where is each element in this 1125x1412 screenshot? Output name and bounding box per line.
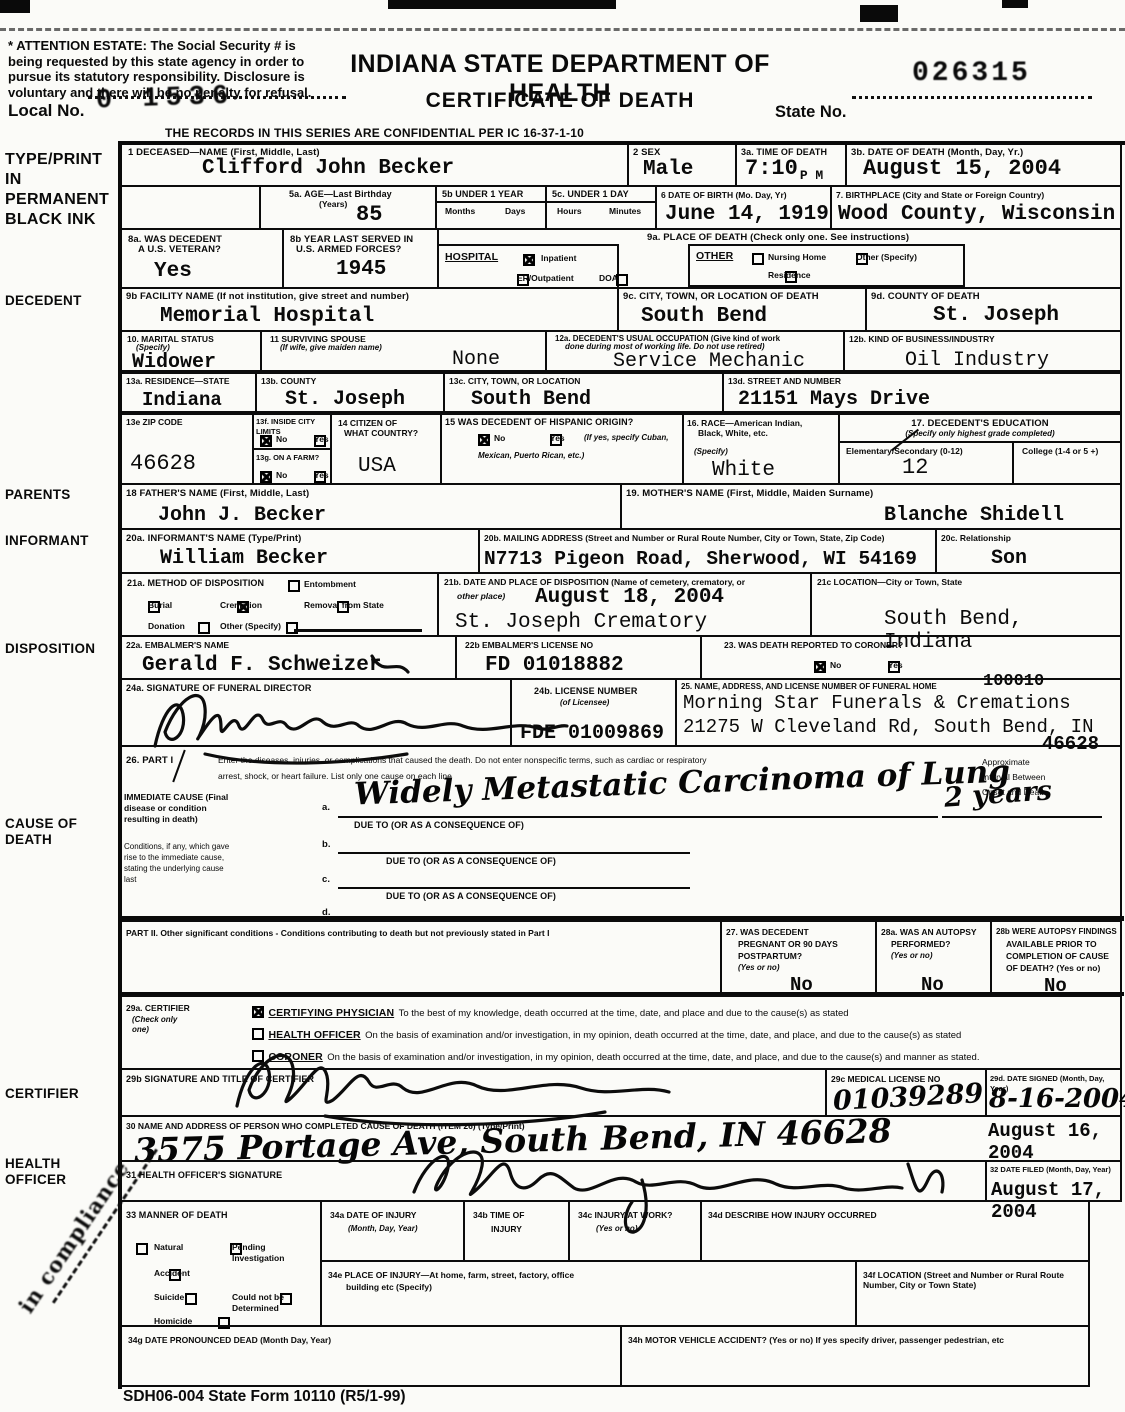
field-21a-label: 21a. METHOD OF DISPOSITION xyxy=(127,578,264,589)
checkbox-nursing-home xyxy=(752,253,764,265)
health-officer-option: HEALTH OFFICER On the basis of examinati… xyxy=(252,1025,961,1043)
field-34e-label1: 34e PLACE OF INJURY—At home, farm, stree… xyxy=(328,1270,574,1280)
field-13g-on-farm: 13g. ON A FARM? No Yes xyxy=(252,448,332,485)
field-9b-value: Memorial Hospital xyxy=(160,305,374,328)
field-9c-value: South Bend xyxy=(641,305,767,328)
inpatient-label: Inpatient xyxy=(541,253,576,263)
field-2-value: Male xyxy=(643,158,693,181)
field-3b-date-of-death: 3b. DATE OF DEATH (Month, Day, Yr.) Augu… xyxy=(845,143,1122,187)
health-officer-signature xyxy=(400,1136,960,1236)
margin-label-informant: INFORMANT xyxy=(5,533,89,549)
field-21a-method-of-disposition: 21a. METHOD OF DISPOSITION Entombment Bu… xyxy=(120,572,439,637)
field-part2-label: PART II. Other significant conditions - … xyxy=(126,928,706,938)
field-14-citizen: 14 CITIZEN OF WHAT COUNTRY? USA xyxy=(330,413,442,485)
removal-label: Removal from State xyxy=(304,600,384,610)
margin-label-health-officer: HEALTH OFFICER xyxy=(5,1156,66,1188)
field-12a-value: Service Mechanic xyxy=(613,350,805,373)
field-1-deceased-name: 1 DECEASED—NAME (First, Middle, Last) Cl… xyxy=(120,143,629,187)
field-8b-label2: U.S. ARMED FORCES? xyxy=(296,244,401,255)
divider xyxy=(840,441,1120,443)
field-8b-year-served: 8b YEAR LAST SERVED IN U.S. ARMED FORCES… xyxy=(282,228,439,289)
field-23-label: 23. WAS DEATH REPORTED TO CORONER? xyxy=(724,640,903,650)
donation-label: Donation xyxy=(148,621,185,631)
checkbox-certifying-physician xyxy=(252,1006,264,1018)
field-28a-label1: 28a. WAS AN AUTOPSY xyxy=(881,927,977,937)
time-ampm: P M xyxy=(800,168,823,183)
certifying-physician-label: CERTIFYING PHYSICIAN xyxy=(268,1007,394,1019)
divider xyxy=(1012,441,1014,483)
field-13g-label: 13g. ON A FARM? xyxy=(256,453,319,463)
field-34f-injury-location: 34f LOCATION (Street and Number or Rural… xyxy=(855,1260,1090,1327)
field-28a-autopsy: 28a. WAS AN AUTOPSY PERFORMED? (Yes or n… xyxy=(875,920,992,997)
health-officer-label: HEALTH OFFICER xyxy=(268,1029,360,1041)
field-27-pregnant: 27. WAS DECEDENT PREGNANT OR 90 DAYS POS… xyxy=(720,920,877,997)
state-number-stamp: 026315 xyxy=(912,58,1031,89)
field-33-manner-of-death: 33 MANNER OF DEATH Natural Pending Inves… xyxy=(120,1200,322,1327)
cause-line-c-letter: c. xyxy=(322,874,330,885)
margin-label-line: IN xyxy=(5,170,109,190)
margin-label-line: TYPE/PRINT xyxy=(5,150,109,170)
time-value: 7:10 xyxy=(745,156,798,181)
field-27-label1: 27. WAS DECEDENT xyxy=(726,927,809,937)
other-label: OTHER xyxy=(696,251,733,262)
checkbox-other-disposition xyxy=(286,622,298,634)
residence-label: Residence xyxy=(768,270,811,280)
field-12b-label: 12b. KIND OF BUSINESS/INDUSTRY xyxy=(849,334,995,344)
field-13e-value: 46628 xyxy=(130,451,196,476)
field-13e-zip: 13e ZIP CODE 46628 xyxy=(120,413,254,485)
field-13f-inside-city: 13f. INSIDE CITY LIMITS No Yes xyxy=(252,413,332,450)
certifying-physician-text: To the best of my knowledge, death occur… xyxy=(399,1008,849,1019)
field-5a-label2: (Years) xyxy=(319,199,347,209)
checkbox-natural xyxy=(136,1243,148,1255)
checkbox-suicide xyxy=(185,1293,197,1305)
field-13b-value: St. Joseph xyxy=(285,388,405,411)
entombment-label: Entombment xyxy=(304,579,356,589)
label-23-no: No xyxy=(830,660,841,670)
field-5c-minutes: Minutes xyxy=(609,206,641,216)
field-9a-other-box: OTHER Nursing Home Other (Specify) Resid… xyxy=(688,244,965,287)
field-34g-date-pronounced-dead: 34g DATE PRONOUNCED DEAD (Month Day, Yea… xyxy=(120,1325,622,1387)
field-21b-label2: other place) xyxy=(457,592,505,601)
field-34h-label: 34h MOTOR VEHICLE ACCIDENT? (Yes or no) … xyxy=(628,1335,1004,1345)
margin-label-line: CAUSE OF xyxy=(5,816,77,832)
scan-artifact xyxy=(860,5,898,22)
field-12a-occupation: 12a. DECEDENT'S USUAL OCCUPATION (Give k… xyxy=(545,330,845,372)
field-18-value: John J. Becker xyxy=(158,504,326,527)
field-28b-label2: AVAILABLE PRIOR TO xyxy=(1006,939,1097,949)
checkbox-entombment xyxy=(288,580,300,592)
field-5c-under-1-day: 5c. UNDER 1 DAY Hours Minutes xyxy=(545,185,657,230)
field-29a-label1: 29a. CERTIFIER xyxy=(126,1003,190,1013)
field-11-label2: (If wife, give maiden name) xyxy=(280,343,382,352)
label-13f-yes: Yes xyxy=(314,434,329,444)
funeral-director-signature xyxy=(145,674,575,766)
field-25-line2: 21275 W Cleveland Rd, South Bend, IN xyxy=(683,716,1093,738)
field-27-label4: (Yes or no) xyxy=(738,963,779,972)
local-no-label: Local No. xyxy=(8,101,85,121)
field-5a-age: 5a. AGE—Last Birthday (Years) 85 xyxy=(259,185,437,230)
empty-cell xyxy=(120,185,261,230)
pending-label1: Pending xyxy=(232,1242,266,1252)
due-to-label-c: DUE TO (OR AS A CONSEQUENCE OF) xyxy=(386,891,556,902)
field-20c-label: 20c. Relationship xyxy=(941,533,1011,543)
form-border-top xyxy=(118,141,1125,145)
field-9c-city-of-death: 9c. CITY, TOWN, OR LOCATION OF DEATH Sou… xyxy=(617,287,867,332)
field-16-race: 16. RACE—American Indian, Black, White, … xyxy=(682,413,840,485)
field-9c-label: 9c. CITY, TOWN, OR LOCATION OF DEATH xyxy=(623,291,819,302)
label-13f-no: No xyxy=(276,434,287,444)
form-border-left xyxy=(118,141,122,1389)
label-13g-no: No xyxy=(276,470,287,480)
field-8b-value: 1945 xyxy=(336,258,386,281)
other-specify-label: Other (Specify) xyxy=(856,252,917,262)
field-21c-label: 21c LOCATION—City or Town, State xyxy=(817,577,962,587)
field-18-father-name: 18 FATHER'S NAME (First, Middle, Last) J… xyxy=(120,483,622,530)
checkbox-donation xyxy=(198,622,210,634)
field-13d-value: 21151 Mays Drive xyxy=(738,388,930,411)
field-8a-value: Yes xyxy=(154,260,192,283)
field-26-conditions4: last xyxy=(124,875,136,885)
interval-a-rule xyxy=(942,816,1102,818)
field-19-label: 19. MOTHER'S NAME (First, Middle, Maiden… xyxy=(626,488,873,499)
field-17-college-label: College (1-4 or 5 +) xyxy=(1022,446,1098,456)
state-no-dotted-line xyxy=(852,96,1092,99)
field-20a-value: William Becker xyxy=(160,547,328,570)
scan-artifact xyxy=(1002,0,1028,8)
cause-line-b-letter: b. xyxy=(322,839,331,850)
field-15-hint2: Mexican, Puerto Rican, etc.) xyxy=(478,451,584,460)
field-5b-days: Days xyxy=(505,206,525,216)
field-11-surviving-spouse: 11 SURVIVING SPOUSE (If wife, give maide… xyxy=(260,330,547,372)
field-34e-place-of-injury: 34e PLACE OF INJURY—At home, farm, stree… xyxy=(320,1260,857,1327)
suicide-label: Suicide xyxy=(154,1292,184,1302)
field-12b-value: Oil Industry xyxy=(905,349,1049,372)
field-34g-label: 34g DATE PRONOUNCED DEAD (Month Day, Yea… xyxy=(128,1335,331,1345)
field-15-hispanic-origin: 15 WAS DECEDENT OF HISPANIC ORIGIN? No Y… xyxy=(440,413,684,485)
field-20b-label: 20b. MAILING ADDRESS (Street and Number … xyxy=(484,533,884,543)
field-15-label: 15 WAS DECEDENT OF HISPANIC ORIGIN? xyxy=(445,417,633,428)
due-to-label-a: DUE TO (OR AS A CONSEQUENCE OF) xyxy=(354,820,524,831)
field-26-immediate1: IMMEDIATE CAUSE (Final xyxy=(124,792,228,802)
er-outpatient-label: ER/Outpatient xyxy=(517,273,574,283)
divider xyxy=(437,201,547,203)
margin-label-cause-of-death: CAUSE OF DEATH xyxy=(5,816,77,848)
margin-label-line: HEALTH xyxy=(5,1156,66,1172)
field-17-label2: (Specify only highest grade completed) xyxy=(840,429,1120,438)
field-5b-label: 5b UNDER 1 YEAR xyxy=(442,189,523,200)
field-13d-street: 13d. STREET AND NUMBER 21151 Mays Drive xyxy=(722,372,1122,413)
field-6-date-of-birth: 6 DATE OF BIRTH (Mo. Day, Yr) June 14, 1… xyxy=(655,185,832,230)
field-13a-residence-state: 13a. RESIDENCE—STATE Indiana xyxy=(120,372,257,413)
field-1-value: Clifford John Becker xyxy=(202,157,454,180)
field-14-value: USA xyxy=(358,455,396,478)
cause-line-a-letter: a. xyxy=(322,802,330,813)
field-5b-under-1-year: 5b UNDER 1 YEAR Months Days xyxy=(435,185,547,230)
margin-label-line: PERMANENT xyxy=(5,190,109,210)
field-28b-label3: COMPLETION OF CAUSE xyxy=(1006,951,1109,961)
field-8a-label2: A U.S. VETERAN? xyxy=(138,244,221,255)
margin-label-parents: PARENTS xyxy=(5,487,71,503)
field-21b-place: St. Joseph Crematory xyxy=(455,611,707,634)
field-21b-disposition-date-place: 21b. DATE AND PLACE OF DISPOSITION (Name… xyxy=(437,572,812,637)
field-20c-relationship: 20c. Relationship Son xyxy=(935,528,1122,574)
field-26-conditions2: rise to the immediate cause, xyxy=(124,853,224,863)
field-13b-county: 13b. COUNTY St. Joseph xyxy=(255,372,445,413)
field-17-label: 17. DECEDENT'S EDUCATION xyxy=(840,418,1120,429)
checkbox-15-no xyxy=(478,434,490,446)
margin-label-decedent: DECEDENT xyxy=(5,293,82,309)
field-26-conditions3: stating the underlying cause xyxy=(124,864,224,874)
scan-artifact xyxy=(0,0,30,13)
field-23-coroner-reported: 23. WAS DEATH REPORTED TO CORONER? No Ye… xyxy=(700,635,1122,680)
field-3a-value: 7:10P M xyxy=(745,156,821,181)
field-25-code: 100010 xyxy=(983,672,1044,691)
attention-note-bold: * ATTENTION ESTATE: xyxy=(8,38,147,53)
checkbox-13f-no xyxy=(260,435,272,447)
field-20b-mailing-address: 20b. MAILING ADDRESS (Street and Number … xyxy=(478,528,937,574)
margin-label-disposition: DISPOSITION xyxy=(5,641,95,657)
nursing-home-label: Nursing Home xyxy=(768,252,826,262)
field-15-hint1: (If yes, specify Cuban, xyxy=(584,433,668,442)
field-14-label: 14 CITIZEN OF xyxy=(338,418,397,428)
field-6-value: June 14, 1919 xyxy=(665,203,829,226)
field-13b-label: 13b. COUNTY xyxy=(261,376,316,386)
certifier-signature xyxy=(225,1042,685,1126)
cremation-label: Cremation xyxy=(220,600,262,610)
field-29a-label3: one) xyxy=(132,1025,149,1034)
field-9a-label: 9a. PLACE OF DEATH (Check only one. See … xyxy=(647,232,909,243)
field-5c-hours: Hours xyxy=(557,206,582,216)
field-17-education: 17. DECEDENT'S EDUCATION (Specify only h… xyxy=(838,413,1122,485)
field-29d-typed: August 16, 2004 xyxy=(988,1120,1125,1164)
field-13d-label: 13d. STREET AND NUMBER xyxy=(728,376,841,386)
field-28b-label4: OF DEATH? (Yes or no) xyxy=(1006,963,1100,973)
field-29c-medical-license: 29c MEDICAL LICENSE NO 01039289 xyxy=(825,1068,987,1117)
margin-label-certifier: CERTIFIER xyxy=(5,1086,79,1102)
field-12b-industry: 12b. KIND OF BUSINESS/INDUSTRY Oil Indus… xyxy=(843,330,1122,372)
field-5a-value: 85 xyxy=(356,202,382,227)
field-10-marital-status: 10. MARITAL STATUS (Specify) Widower xyxy=(120,330,262,372)
label-23-yes: Yes xyxy=(888,660,903,670)
field-5b-months: Months xyxy=(445,206,475,216)
field-17-elem-value: 12 xyxy=(902,455,928,480)
field-9b-facility-name: 9b FACILITY NAME (If not institution, gi… xyxy=(120,287,619,332)
field-20b-value: N7713 Pigeon Road, Sherwood, WI 54169 xyxy=(484,548,917,570)
divider-dashed xyxy=(0,28,1125,31)
field-2-sex: 2 SEX Male xyxy=(627,143,737,187)
field-9d-label: 9d. COUNTY OF DEATH xyxy=(871,291,980,302)
field-3a-time-of-death: 3a. TIME OF DEATH 7:10P M xyxy=(735,143,847,187)
could-label2: Determined xyxy=(232,1303,279,1313)
field-27-label2: PREGNANT OR 90 DAYS xyxy=(738,939,838,949)
field-13c-label: 13c. CITY, TOWN, OR LOCATION xyxy=(449,376,580,386)
field-14-label2: WHAT COUNTRY? xyxy=(344,428,418,438)
field-27-label3: POSTPARTUM? xyxy=(738,951,802,961)
field-6-label: 6 DATE OF BIRTH (Mo. Day, Yr) xyxy=(661,190,787,200)
certifying-physician-option: CERTIFYING PHYSICIAN To the best of my k… xyxy=(252,1003,849,1021)
field-7-birthplace: 7. BIRTHPLACE (City and State or Foreign… xyxy=(830,185,1122,230)
field-7-label: 7. BIRTHPLACE (City and State or Foreign… xyxy=(836,190,1044,200)
field-11-value: None xyxy=(452,348,500,371)
cause-line-b-rule xyxy=(338,852,690,854)
field-26-immediate2: disease or condition xyxy=(124,803,207,813)
field-29a-label2: (Check only xyxy=(132,1015,177,1024)
field-13a-value: Indiana xyxy=(142,389,222,411)
field-34h-motor-vehicle: 34h MOTOR VEHICLE ACCIDENT? (Yes or no) … xyxy=(620,1325,1090,1387)
field-34f-label: 34f LOCATION (Street and Number or Rural… xyxy=(863,1270,1083,1290)
blank-line xyxy=(294,629,422,632)
label-13g-yes: Yes xyxy=(314,470,329,480)
field-18-label: 18 FATHER'S NAME (First, Middle, Last) xyxy=(126,488,309,499)
field-13c-value: South Bend xyxy=(471,388,591,411)
field-8a-veteran: 8a. WAS DECEDENT A U.S. VETERAN? Yes xyxy=(120,228,284,289)
burial-label: Burial xyxy=(148,600,172,610)
field-9d-value: St. Joseph xyxy=(933,304,1059,327)
doa-label: DOA xyxy=(599,273,618,283)
other-disposition-label: Other (Specify) xyxy=(220,621,281,631)
checkbox-23-no xyxy=(814,661,826,673)
field-5c-label: 5c. UNDER 1 DAY xyxy=(552,189,629,200)
field-2-label: 2 SEX xyxy=(633,147,660,158)
hospital-label: HOSPITAL xyxy=(445,252,498,263)
field-20a-informant: 20a. INFORMANT'S NAME (Type/Print) Willi… xyxy=(120,528,480,574)
field-16-value: White xyxy=(712,459,775,482)
local-no-value: 0 1536 xyxy=(96,82,236,117)
field-29d-handwritten: 8-16-2004 xyxy=(989,1084,1125,1114)
death-certificate-scan: * ATTENTION ESTATE: The Social Security … xyxy=(0,0,1125,1412)
field-31-label: 31 HEALTH OFFICER'S SIGNATURE xyxy=(126,1170,282,1181)
field-32-label: 32 DATE FILED (Month, Day, Year) xyxy=(990,1165,1111,1175)
checkbox-13g-no xyxy=(260,471,272,483)
field-28b-label1: 28b WERE AUTOPSY FINDINGS xyxy=(996,927,1117,937)
checkbox-inpatient xyxy=(523,254,535,266)
field-3b-value: August 15, 2004 xyxy=(863,156,1061,181)
checkbox-health-officer xyxy=(252,1028,264,1040)
margin-label-line: OFFICER xyxy=(5,1172,66,1188)
state-no-label: State No. xyxy=(775,103,847,122)
field-16-label2: Black, White, etc. xyxy=(698,428,768,438)
field-19-value: Blanche Shidell xyxy=(884,504,1064,527)
field-22a-label: 22a. EMBALMER'S NAME xyxy=(126,640,229,650)
field-9a-hospital-box: HOSPITAL Inpatient ER/Outpatient DOA xyxy=(437,244,619,289)
field-21b-date: August 18, 2004 xyxy=(535,586,724,609)
margin-label-line: DEATH xyxy=(5,832,77,848)
field-28b-autopsy-findings: 28b WERE AUTOPSY FINDINGS AVAILABLE PRIO… xyxy=(990,920,1122,997)
field-19-mother-name: 19. MOTHER'S NAME (First, Middle, Maiden… xyxy=(620,483,1122,530)
field-16-label3: (Specify) xyxy=(694,447,728,456)
confidential-note: THE RECORDS IN THIS SERIES ARE CONFIDENT… xyxy=(165,126,584,140)
cause-line-a-rule xyxy=(338,816,938,818)
margin-label-line: BLACK INK xyxy=(5,210,109,230)
field-26-conditions1: Conditions, if any, which gave xyxy=(124,842,229,852)
field-9d-county-of-death: 9d. COUNTY OF DEATH St. Joseph xyxy=(865,287,1122,332)
margin-label-type-print: TYPE/PRINT IN PERMANENT BLACK INK xyxy=(5,150,109,230)
field-28a-label2: PERFORMED? xyxy=(891,939,951,949)
field-13c-city: 13c. CITY, TOWN, OR LOCATION South Bend xyxy=(443,372,724,413)
field-part2: PART II. Other significant conditions - … xyxy=(120,920,722,997)
label-15-yes: Yes xyxy=(550,433,565,443)
accident-label: Accident xyxy=(154,1268,190,1278)
field-28a-label3: (Yes or no) xyxy=(891,951,932,960)
field-33-label: 33 MANNER OF DEATH xyxy=(126,1210,228,1221)
label-15-no: No xyxy=(494,433,505,443)
field-21c-disposition-location: 21c LOCATION—City or Town, State South B… xyxy=(810,572,1122,637)
form-number: SDH06-004 State Form 10110 (R5/1-99) xyxy=(123,1388,406,1406)
interval-a-handwritten: 2 years xyxy=(943,775,1053,813)
field-10-value: Widower xyxy=(132,351,216,374)
field-32-date-filed: 32 DATE FILED (Month, Day, Year) August … xyxy=(985,1160,1122,1202)
field-9b-label: 9b FACILITY NAME (If not institution, gi… xyxy=(126,291,409,302)
field-16-label: 16. RACE—American Indian, xyxy=(687,418,802,428)
field-26-cause-of-death: 26. PART I Enter the diseases, injuries,… xyxy=(120,745,1122,922)
divider xyxy=(547,201,657,203)
field-22b-label: 22b EMBALMER'S LICENSE NO xyxy=(465,640,593,650)
field-29d-date-signed: 29d. DATE SIGNED (Month, Day, Year) 8-16… xyxy=(985,1068,1122,1117)
scan-artifact xyxy=(388,0,616,9)
natural-label: Natural xyxy=(154,1242,183,1252)
could-label1: Could not be xyxy=(232,1292,284,1302)
cause-line-c-rule xyxy=(338,887,690,889)
due-to-label-b: DUE TO (OR AS A CONSEQUENCE OF) xyxy=(386,856,556,867)
field-34e-label2: building etc (Specify) xyxy=(346,1282,432,1292)
field-25-label: 25. NAME, ADDRESS, AND LICENSE NUMBER OF… xyxy=(681,682,937,692)
document-subtitle: CERTIFICATE OF DEATH xyxy=(320,89,800,113)
field-13a-label: 13a. RESIDENCE—STATE xyxy=(126,376,230,386)
field-13e-label: 13e ZIP CODE xyxy=(126,417,183,427)
field-20a-label: 20a. INFORMANT'S NAME (Type/Print) xyxy=(126,533,301,544)
field-26-immediate3: resulting in death) xyxy=(124,814,198,824)
field-25-line1: Morning Star Funerals & Cremations xyxy=(683,692,1071,714)
health-officer-text: On the basis of examination and/or inves… xyxy=(365,1030,961,1041)
field-20c-value: Son xyxy=(991,547,1027,570)
field-7-value: Wood County, Wisconsin xyxy=(838,203,1115,226)
pending-label2: Investigation xyxy=(232,1253,284,1263)
